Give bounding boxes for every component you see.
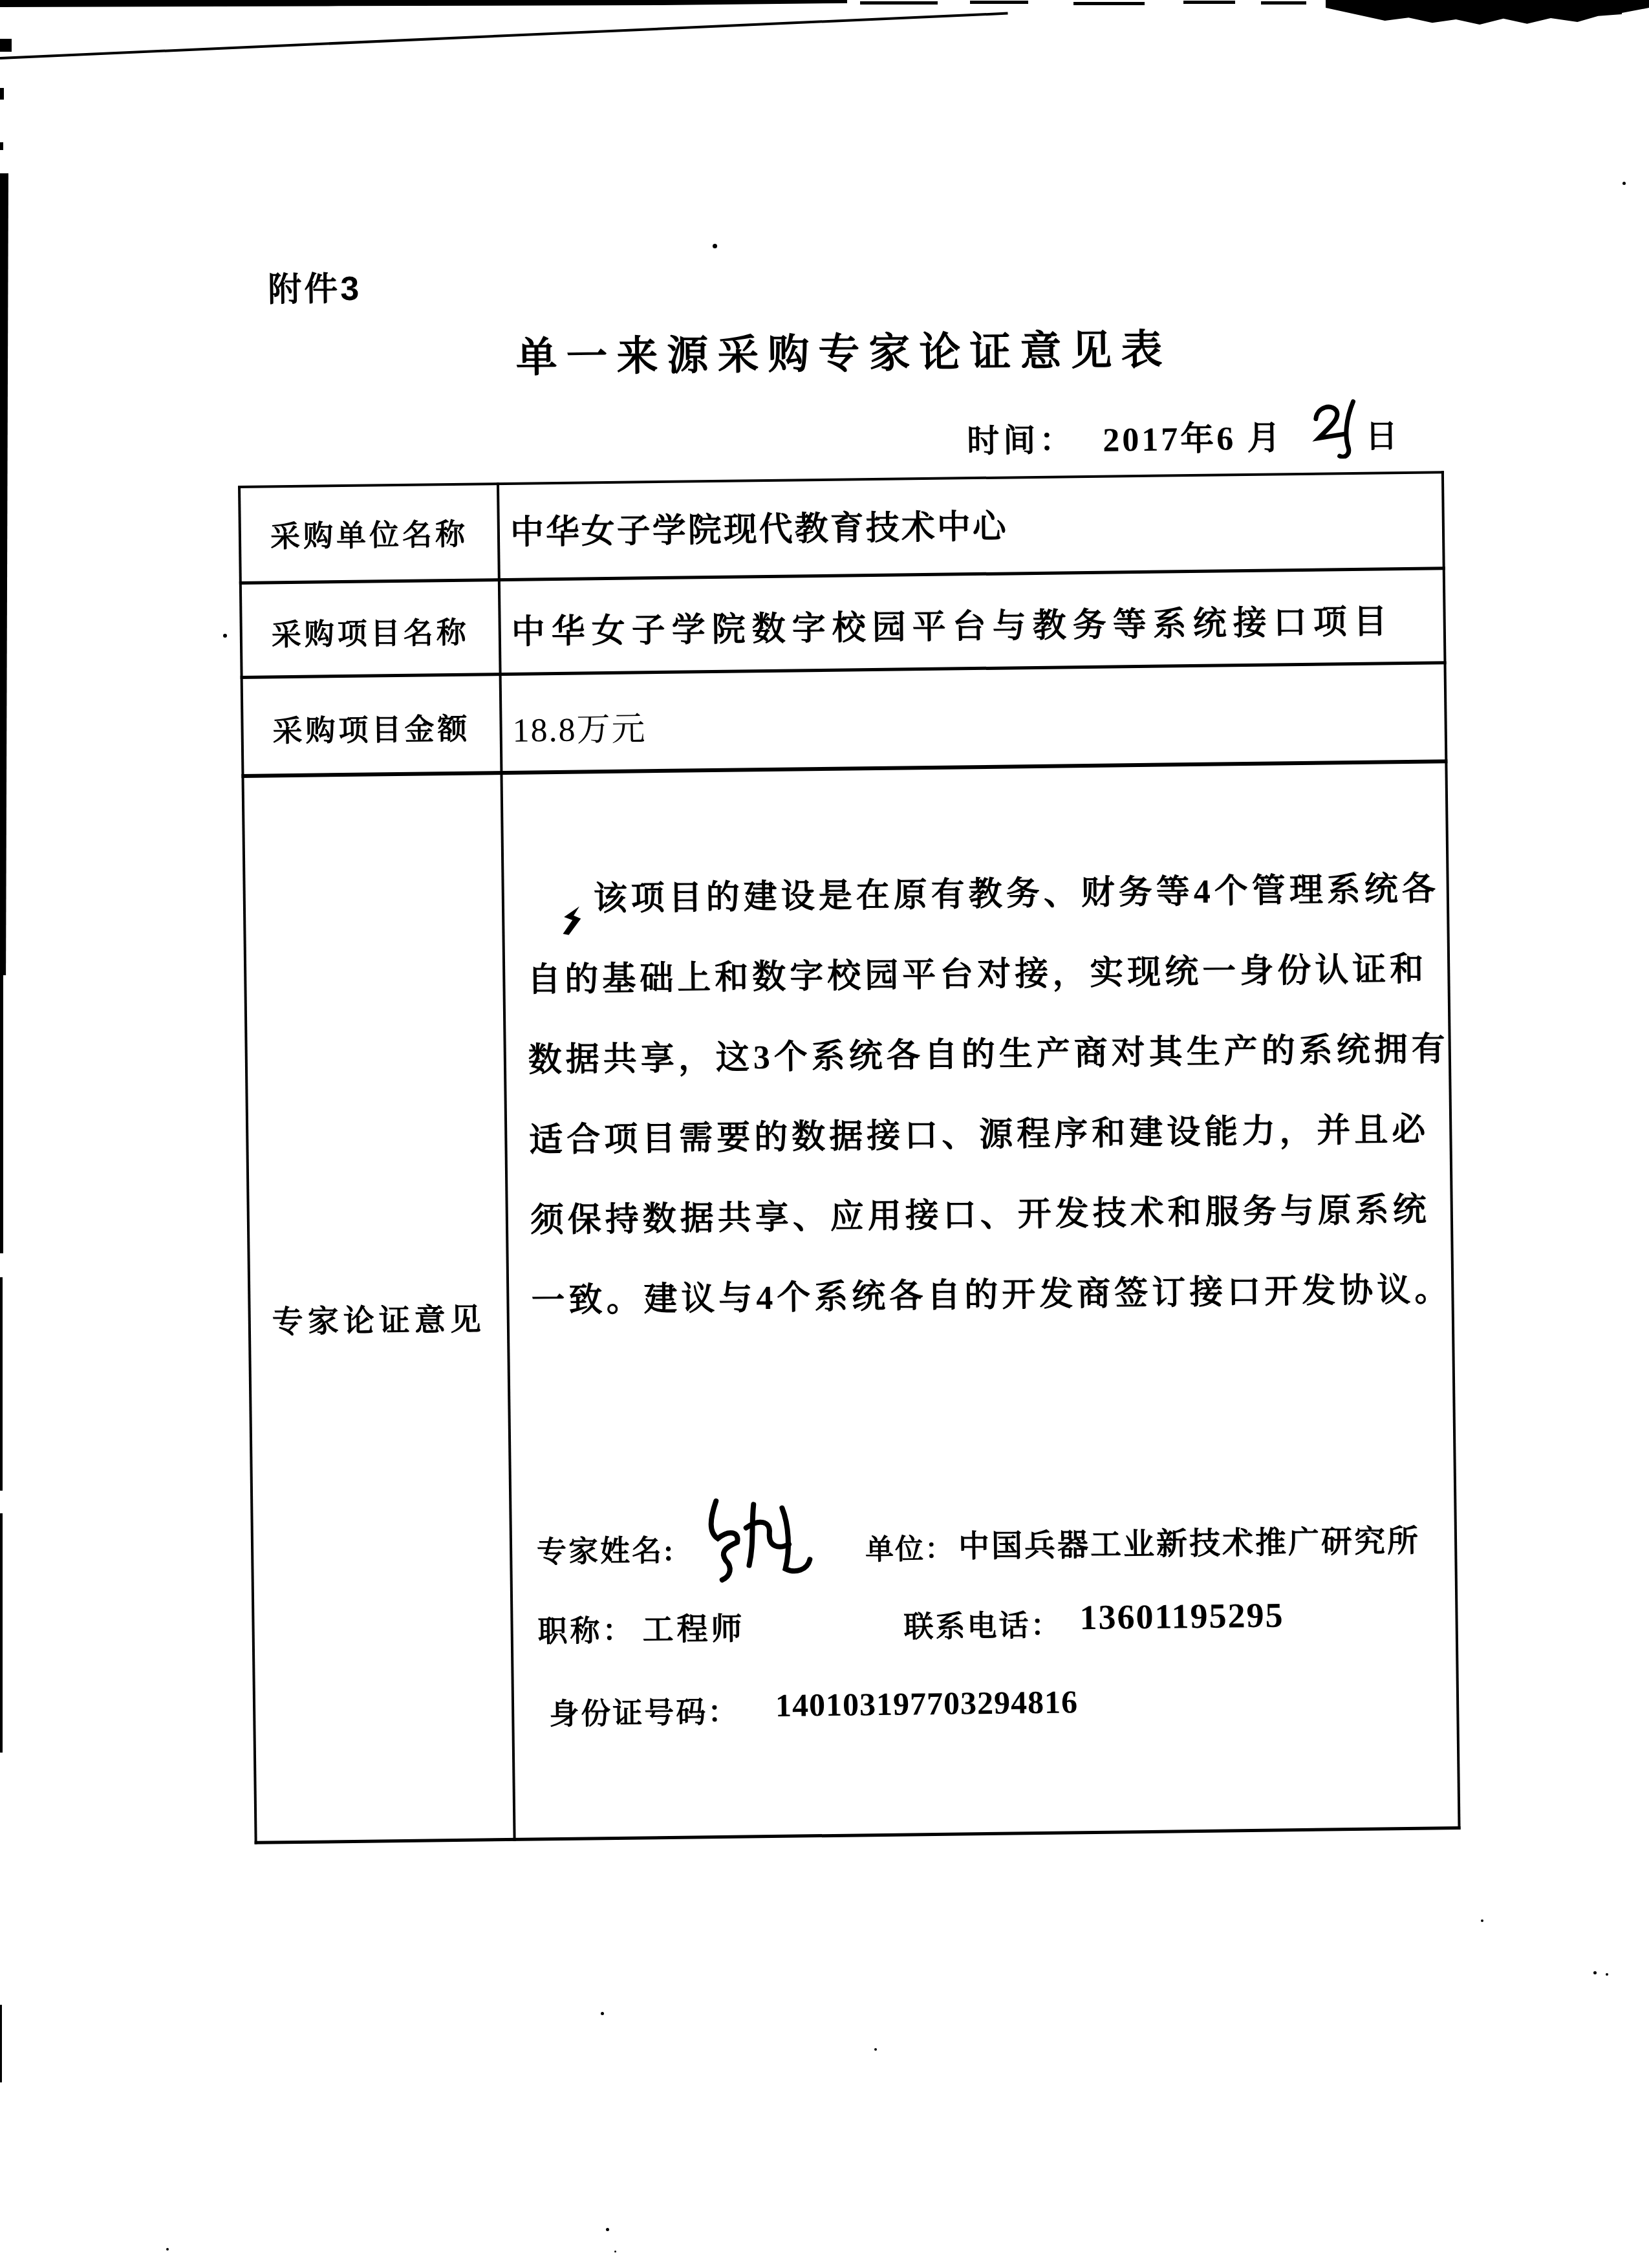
opinion-line: 数据共享，这3个系统各自的生产商对其生产的系统拥有 [528, 1010, 1453, 1101]
attachment-label: 附件3 [268, 261, 362, 311]
date-line: 时间： 2017年6 月 日 [0, 0, 1643, 3]
expert-opinion-paragraph: 该项目的建设是在原有教务、财务等4个管理系统各 自的基础上和数字校园平台对接，实… [526, 849, 1456, 1341]
unit-label: 单位： [865, 1526, 955, 1568]
table-row-divider [241, 661, 1447, 679]
id-number-label: 身份证号码： [549, 1689, 740, 1734]
opinion-line: 自的基础上和数字校园平台对接，实现统一身份认证和 [527, 929, 1452, 1021]
table-border [255, 1826, 1461, 1844]
document-content: 附件3 单一来源采购专家论证意见表 时间： 2017年6 月 日 采购单位名称 … [0, 0, 1649, 2268]
date-label: 时间： [967, 414, 1076, 462]
job-title-value: 工程师 [642, 1604, 746, 1650]
purchasing-unit-value: 中华女子学院现代教育技术中心 [510, 499, 1008, 553]
date-suffix: 日 [1365, 410, 1398, 457]
unit-value: 中国兵器工业新技术推广研究所 [958, 1516, 1421, 1566]
opinion-line: 该项目的建设是在原有教务、财务等4个管理系统各 [526, 849, 1451, 940]
table-column-divider [497, 482, 516, 1841]
opinion-line: 适合项目需要的数据接口、源程序和建设能力，并且必 [529, 1090, 1454, 1181]
handwritten-day [1306, 394, 1365, 459]
opinion-line: 一致。建议与4个系统各自的开发商签订接口开发协议。 [531, 1250, 1456, 1341]
table-row-divider [241, 759, 1447, 778]
page-title: 单一来源采购专家论证意见表 [515, 316, 1172, 383]
opinion-line: 须保持数据共享、应用接口、开发技术和服务与原系统 [530, 1170, 1455, 1261]
scan-left-strip [0, 1277, 3, 1491]
phone-label: 联系电话： [903, 1602, 1062, 1647]
expert-name-label: 专家姓名: [537, 1527, 676, 1571]
row-label-project-name: 采购项目名称 [242, 609, 499, 654]
scan-left-strip [0, 2005, 2, 2082]
scan-left-strip [0, 1513, 3, 1753]
row-label-expert-opinion: 专家论证意见 [250, 1294, 507, 1342]
row-label-project-amount: 采购项目金额 [243, 705, 500, 751]
project-amount-value: 18.8万元 [512, 701, 647, 751]
table-border [238, 486, 257, 1844]
scanned-document-page: 附件3 单一来源采购专家论证意见表 时间： 2017年6 月 日 采购单位名称 … [0, 0, 1649, 2268]
table-border [238, 471, 1444, 488]
table-row-divider [239, 567, 1445, 585]
handwritten-signature [690, 1485, 830, 1594]
id-number-value: 140103197703294816 [775, 1683, 1079, 1724]
job-title-label: 职称： [537, 1607, 635, 1651]
phone-value: 13601195295 [1079, 1595, 1284, 1637]
row-label-purchasing-unit: 采购单位名称 [241, 510, 498, 556]
scan-left-strip [0, 975, 3, 1253]
date-year-month: 2017年6 月 [1103, 410, 1284, 460]
